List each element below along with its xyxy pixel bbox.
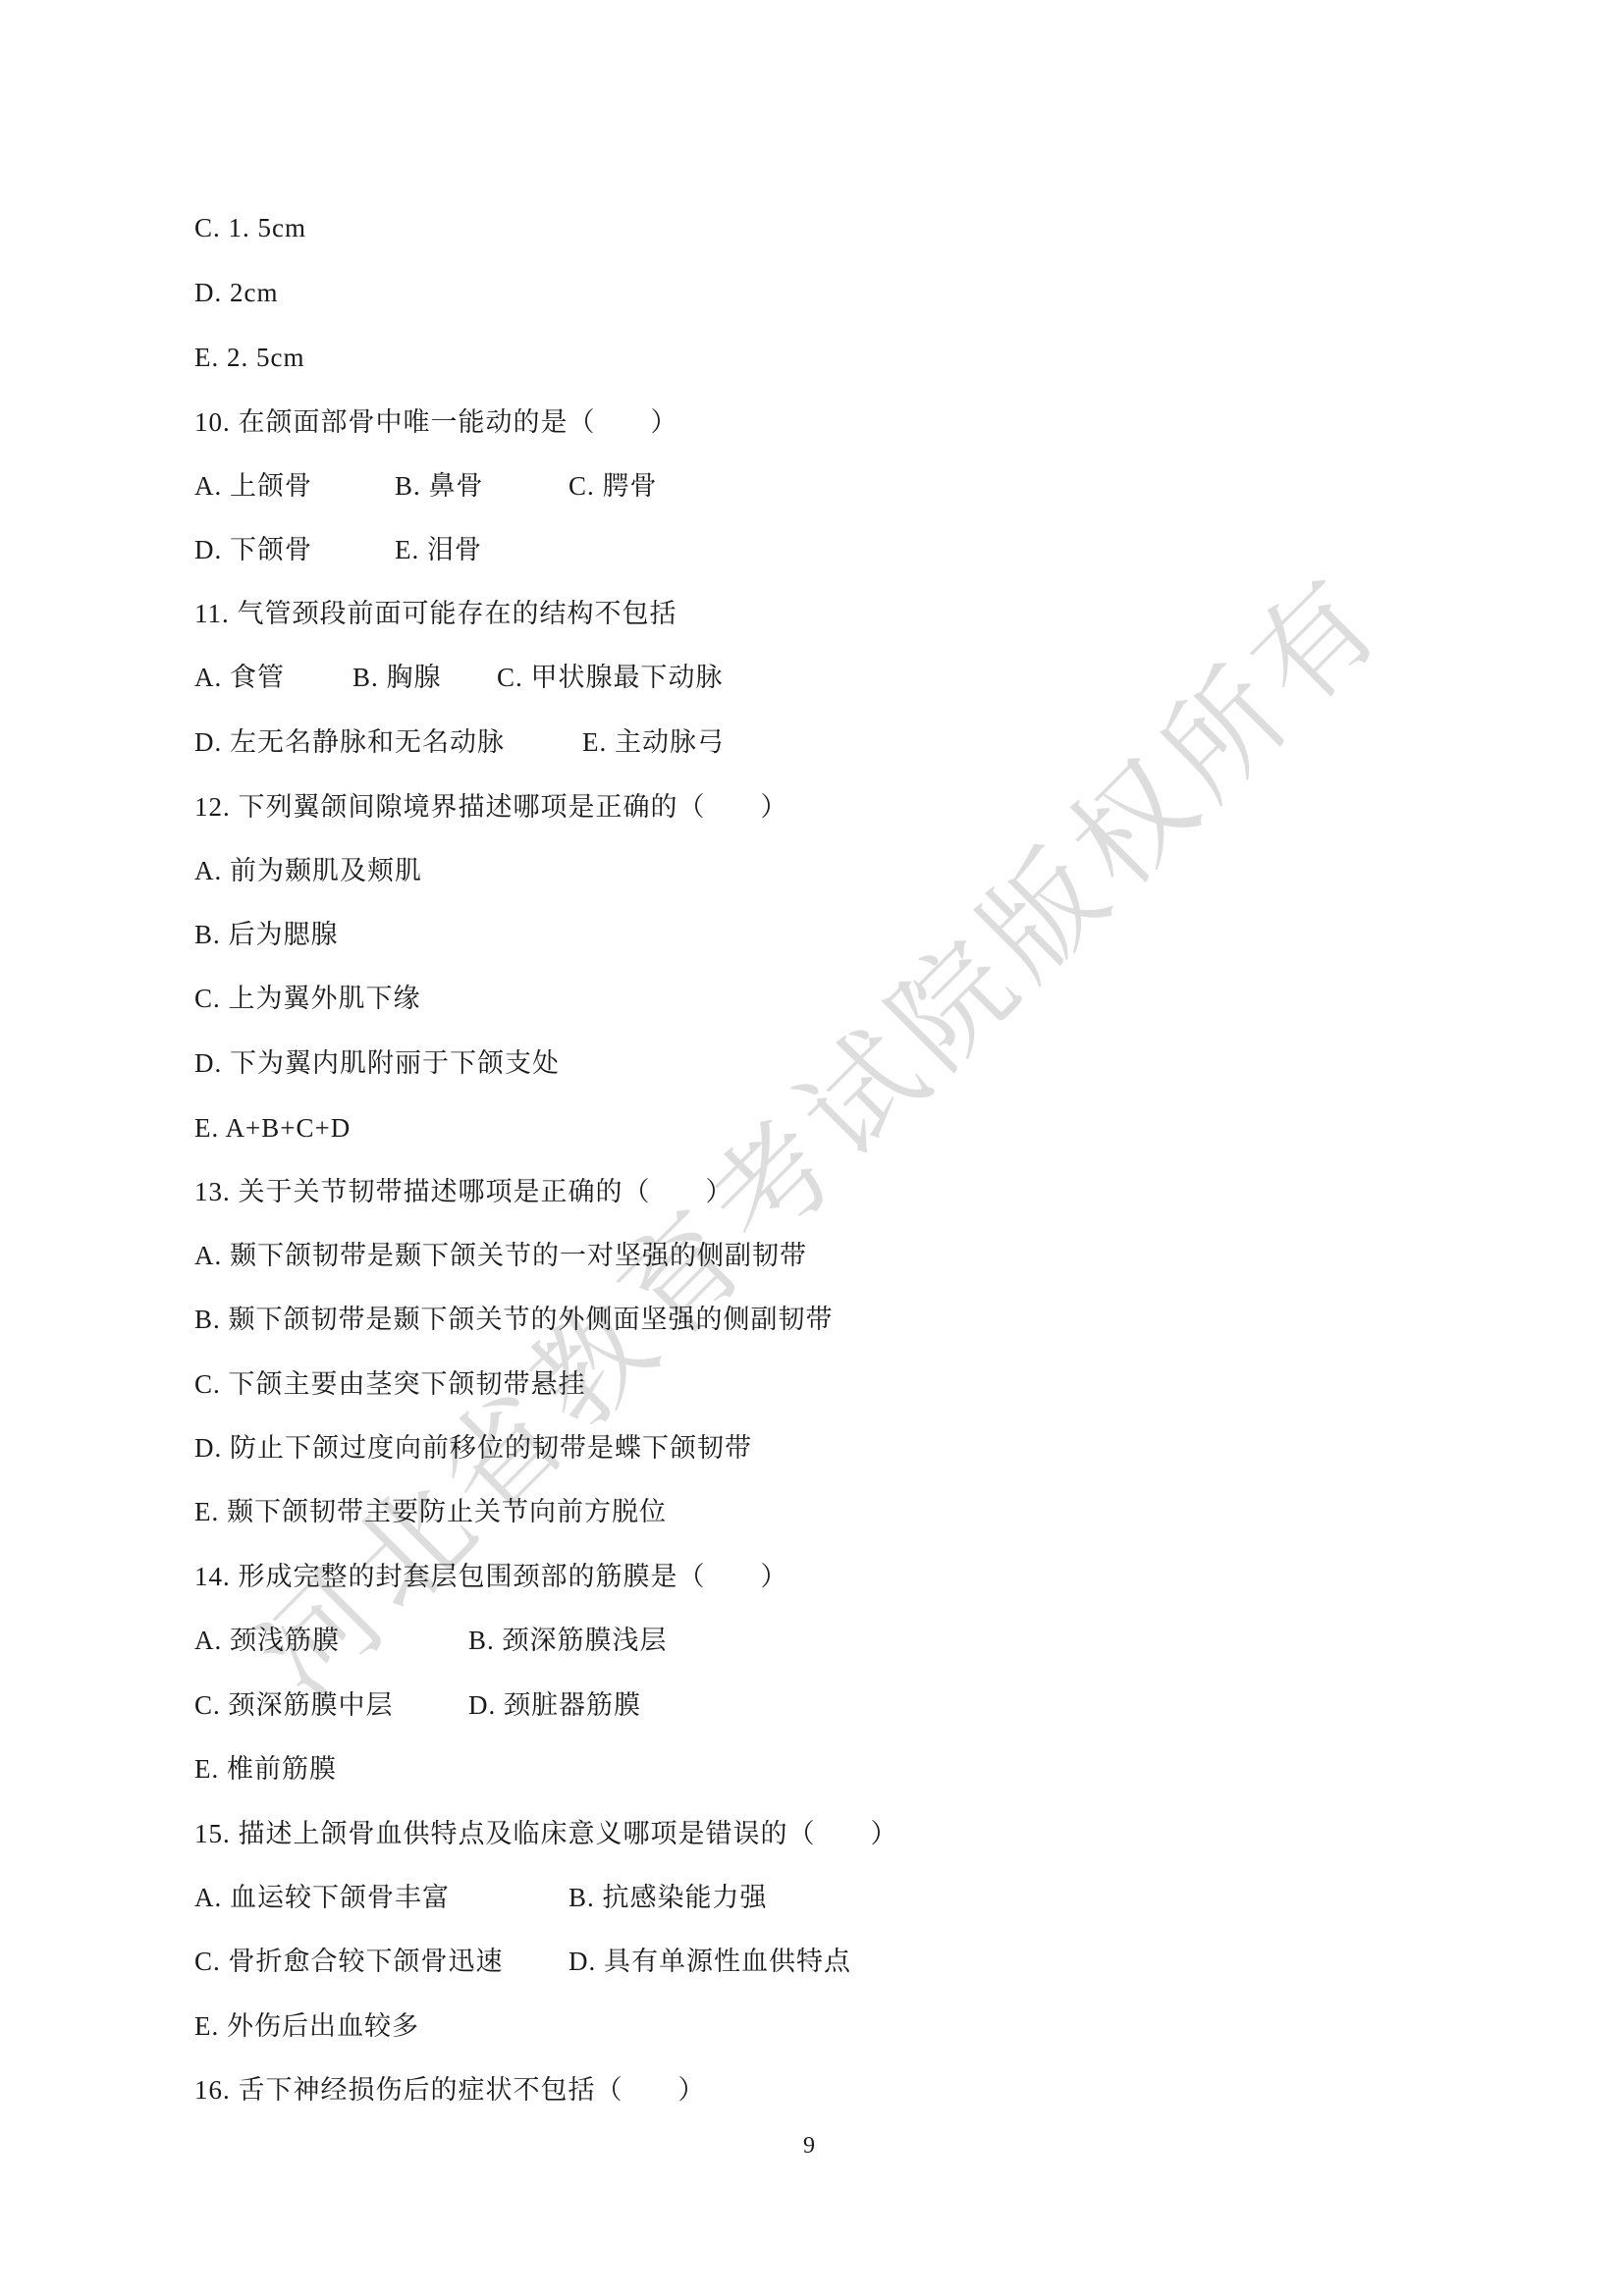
text-line: 16. 舌下神经损伤后的症状不包括（ ） — [0, 2070, 1624, 2109]
text-line: D. 2cm — [0, 273, 1624, 312]
answer-option: A. 血运较下颌骨丰富 — [194, 1878, 450, 1917]
text-line: D. 下颌骨E. 泪骨 — [0, 530, 1624, 569]
answer-option: B. 抗感染能力强 — [568, 1878, 768, 1917]
text-line: C. 1. 5cm — [0, 208, 1624, 247]
text-line: 14. 形成完整的封套层包围颈部的筋膜是（ ） — [0, 1557, 1624, 1596]
answer-option: D. 防止下颌过度向前移位的韧带是蝶下颌韧带 — [194, 1428, 752, 1468]
text-line: 13. 关于关节韧带描述哪项是正确的（ ） — [0, 1172, 1624, 1211]
answer-option: B. 胸腺 — [352, 658, 442, 697]
answer-option: B. 后为腮腺 — [194, 915, 339, 954]
answer-option: C. 颈深筋膜中层 — [194, 1685, 394, 1725]
answer-option: C. 甲状腺最下动脉 — [497, 658, 724, 697]
question-stem: 10. 在颌面部骨中唯一能动的是（ ） — [194, 402, 678, 442]
answer-option: C. 1. 5cm — [194, 208, 306, 247]
text-line: D. 左无名静脉和无名动脉E. 主动脉弓 — [0, 722, 1624, 762]
answer-option: C. 上为翼外肌下缘 — [194, 979, 421, 1018]
answer-option: D. 颈脏器筋膜 — [468, 1685, 641, 1725]
answer-option: D. 具有单源性血供特点 — [568, 1942, 851, 1981]
text-line: B. 后为腮腺 — [0, 915, 1624, 954]
text-line: 10. 在颌面部骨中唯一能动的是（ ） — [0, 402, 1624, 442]
answer-option: E. 泪骨 — [395, 530, 482, 569]
text-line: 11. 气管颈段前面可能存在的结构不包括 — [0, 594, 1624, 633]
answer-option: E. 椎前筋膜 — [194, 1749, 337, 1789]
answer-option: E. 外伤后出血较多 — [194, 2006, 419, 2046]
answer-option: A. 前为颞肌及颊肌 — [194, 851, 422, 890]
text-line: D. 防止下颌过度向前移位的韧带是蝶下颌韧带 — [0, 1428, 1624, 1468]
question-stem: 15. 描述上颌骨血供特点及临床意义哪项是错误的（ ） — [194, 1814, 898, 1853]
answer-option: A. 颈浅筋膜 — [194, 1621, 340, 1660]
text-line: C. 骨折愈合较下颌骨迅速D. 具有单源性血供特点 — [0, 1942, 1624, 1981]
text-line: C. 上为翼外肌下缘 — [0, 979, 1624, 1018]
answer-option: E. A+B+C+D — [194, 1108, 351, 1148]
page-number: 9 — [803, 2128, 815, 2163]
text-line: B. 颞下颌韧带是颞下颌关节的外侧面坚强的侧副韧带 — [0, 1300, 1624, 1339]
text-line: A. 颞下颌韧带是颞下颌关节的一对坚强的侧副韧带 — [0, 1236, 1624, 1275]
answer-option: C. 骨折愈合较下颌骨迅速 — [194, 1942, 504, 1981]
answer-option: D. 下为翼内肌附丽于下颌支处 — [194, 1043, 560, 1083]
question-stem: 14. 形成完整的封套层包围颈部的筋膜是（ ） — [194, 1557, 788, 1596]
question-stem: 16. 舌下神经损伤后的症状不包括（ ） — [194, 2070, 706, 2109]
answer-option: B. 颞下颌韧带是颞下颌关节的外侧面坚强的侧副韧带 — [194, 1300, 834, 1339]
answer-option: C. 下颌主要由茎突下颌韧带悬挂 — [194, 1364, 586, 1404]
text-line: E. 椎前筋膜 — [0, 1749, 1624, 1789]
text-line: E. 2. 5cm — [0, 338, 1624, 377]
text-line: A. 食管B. 胸腺C. 甲状腺最下动脉 — [0, 658, 1624, 697]
answer-option: E. 2. 5cm — [194, 338, 304, 377]
answer-option: A. 上颌骨 — [194, 466, 312, 506]
answer-option: C. 腭骨 — [568, 466, 658, 506]
question-stem: 13. 关于关节韧带描述哪项是正确的（ ） — [194, 1172, 733, 1211]
answer-option: E. 主动脉弓 — [582, 722, 725, 762]
answer-option: D. 左无名静脉和无名动脉 — [194, 722, 505, 762]
text-line: C. 下颌主要由茎突下颌韧带悬挂 — [0, 1364, 1624, 1404]
text-line: E. 外伤后出血较多 — [0, 2006, 1624, 2046]
answer-option: D. 下颌骨 — [194, 530, 312, 569]
text-line: E. A+B+C+D — [0, 1108, 1624, 1148]
text-line: E. 颞下颌韧带主要防止关节向前方脱位 — [0, 1492, 1624, 1531]
text-line: D. 下为翼内肌附丽于下颌支处 — [0, 1043, 1624, 1083]
question-stem: 11. 气管颈段前面可能存在的结构不包括 — [194, 594, 677, 633]
text-line: C. 颈深筋膜中层D. 颈脏器筋膜 — [0, 1685, 1624, 1725]
answer-option: A. 食管 — [194, 658, 285, 697]
text-line: A. 前为颞肌及颊肌 — [0, 851, 1624, 890]
answer-option: D. 2cm — [194, 273, 278, 312]
answer-option: B. 颈深筋膜浅层 — [468, 1621, 668, 1660]
text-line: 15. 描述上颌骨血供特点及临床意义哪项是错误的（ ） — [0, 1814, 1624, 1853]
text-line: A. 颈浅筋膜B. 颈深筋膜浅层 — [0, 1621, 1624, 1660]
document-page: 河北省教育考试院版权所有 C. 1. 5cmD. 2cmE. 2. 5cm10.… — [0, 0, 1624, 2296]
text-line: A. 上颌骨B. 鼻骨C. 腭骨 — [0, 466, 1624, 506]
text-line: A. 血运较下颌骨丰富B. 抗感染能力强 — [0, 1878, 1624, 1917]
answer-option: A. 颞下颌韧带是颞下颌关节的一对坚强的侧副韧带 — [194, 1236, 807, 1275]
text-line: 12. 下列翼颌间隙境界描述哪项是正确的（ ） — [0, 787, 1624, 827]
answer-option: B. 鼻骨 — [395, 466, 484, 506]
question-stem: 12. 下列翼颌间隙境界描述哪项是正确的（ ） — [194, 787, 788, 827]
answer-option: E. 颞下颌韧带主要防止关节向前方脱位 — [194, 1492, 667, 1531]
